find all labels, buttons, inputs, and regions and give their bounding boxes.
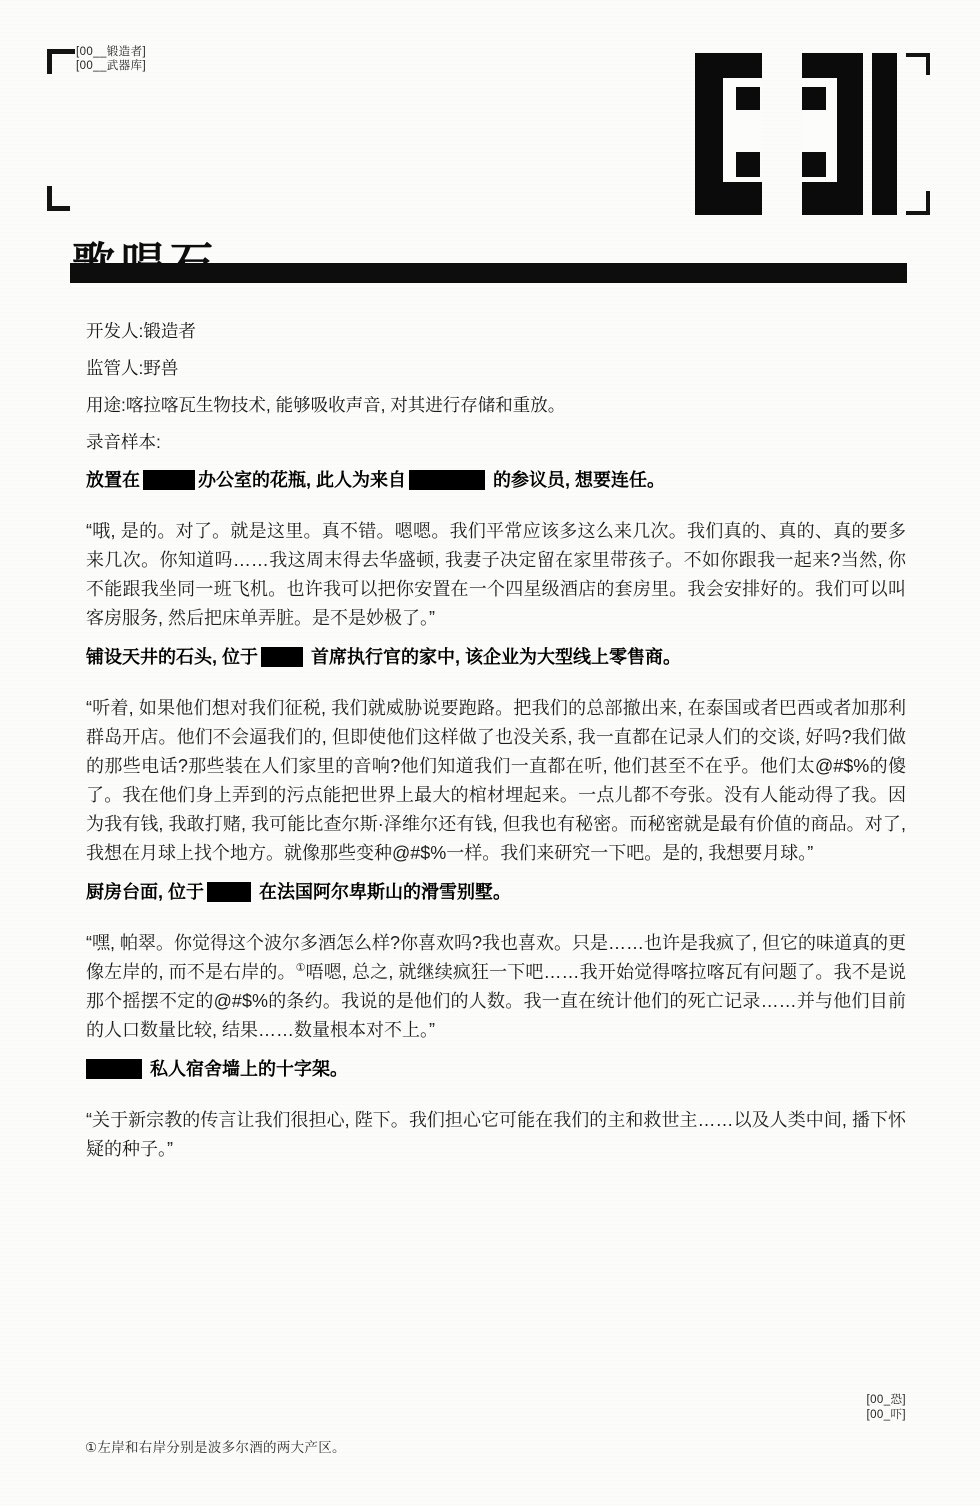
- heading-text: 在法国阿尔卑斯山的滑雪别墅。: [254, 882, 511, 902]
- crop-mark-bottom-right-icon: [906, 191, 930, 215]
- header-tags: [00__锻造者] [00__武器库]: [76, 45, 146, 73]
- heading-text: 首席执行官的家中, 该企业为大型线上零售商。: [306, 647, 681, 667]
- redaction-bar: [86, 1059, 142, 1079]
- footer-tag-fright: [00_吓]: [806, 1408, 906, 1423]
- redacted-heading: 铺设天井的石头, 位于 首席执行官的家中, 该企业为大型线上零售商。: [86, 647, 906, 668]
- redacted-heading: 私人宿舍墙上的十字架。: [86, 1059, 906, 1080]
- redacted-heading: 厨房台面, 位于 在法国阿尔卑斯山的滑雪别墅。: [86, 882, 906, 903]
- redaction-bar: [261, 647, 303, 667]
- meta-line: 录音样本:: [86, 433, 906, 452]
- document-body: 开发人:锻造者监管人:野兽用途:喀拉喀瓦生物技术, 能够吸收声音, 对其进行存储…: [86, 322, 906, 1176]
- footnote-marker: ①: [296, 962, 306, 974]
- heading-text: 放置在: [86, 470, 140, 490]
- crop-mark-top-left-icon: [47, 49, 75, 74]
- quote-paragraph: “听着, 如果他们想对我们征税, 我们就威胁说要跑路。把我们的总部撤出来, 在泰…: [86, 694, 906, 868]
- document-page: [00__锻造者] [00__武器库] 歌唱石 开发人:锻造者监管人:野兽用途:…: [0, 0, 980, 1506]
- meta-line: 用途:喀拉喀瓦生物技术, 能够吸收声音, 对其进行存储和重放。: [86, 396, 906, 415]
- footnote: ①左岸和右岸分别是波多尔酒的两大产区。: [85, 1436, 346, 1456]
- header-tag-armory: [00__武器库]: [76, 59, 146, 73]
- footer-tag-fear: [00_恐]: [806, 1393, 906, 1408]
- title-divider-bar: [70, 263, 907, 283]
- meta-block: 开发人:锻造者监管人:野兽用途:喀拉喀瓦生物技术, 能够吸收声音, 对其进行存储…: [86, 322, 906, 452]
- heading-text: 厨房台面, 位于: [86, 882, 204, 902]
- redaction-bar: [409, 470, 485, 490]
- quote-paragraph: “嘿, 帕翠。你觉得这个波尔多酒怎么样?你喜欢吗?我也喜欢。只是……也许是我疯了…: [86, 929, 906, 1045]
- crop-mark-bottom-left-icon: [47, 186, 70, 211]
- heading-text: 办公室的花瓶, 此人为来自: [198, 470, 406, 490]
- block-glyph-logo-icon: [695, 53, 897, 215]
- content-sections: 放置在办公室的花瓶, 此人为来自 的参议员, 想要连任。“哦, 是的。对了。就是…: [86, 470, 906, 1164]
- heading-text: 的参议员, 想要连任。: [488, 470, 665, 490]
- heading-text: 铺设天井的石头, 位于: [86, 647, 258, 667]
- redacted-heading: 放置在办公室的花瓶, 此人为来自 的参议员, 想要连任。: [86, 470, 906, 491]
- redaction-bar: [143, 470, 195, 490]
- redaction-bar: [207, 882, 251, 902]
- heading-text: 私人宿舍墙上的十字架。: [150, 1059, 348, 1079]
- quote-paragraph: “关于新宗教的传言让我们很担心, 陛下。我们担心它可能在我们的主和救世主……以及…: [86, 1106, 906, 1164]
- meta-line: 开发人:锻造者: [86, 322, 906, 341]
- quote-paragraph: “哦, 是的。对了。就是这里。真不错。嗯嗯。我们平常应该多这么来几次。我们真的、…: [86, 517, 906, 633]
- footer-tags: [00_恐] [00_吓]: [806, 1393, 906, 1423]
- crop-mark-top-right-icon: [906, 53, 930, 75]
- meta-line: 监管人:野兽: [86, 359, 906, 378]
- header-tag-forger: [00__锻造者]: [76, 45, 146, 59]
